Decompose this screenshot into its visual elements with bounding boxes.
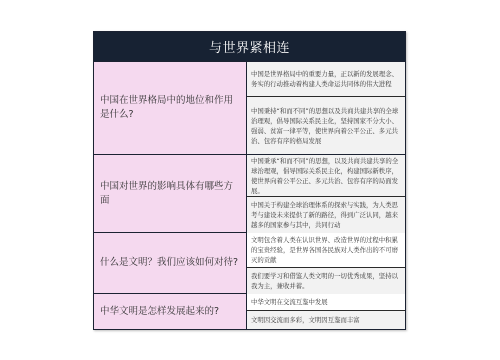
answers-column: 中华文明在交流互鉴中发展 文明因交流而多彩，文明因互鉴而丰富 — [247, 294, 405, 329]
answer-cell: 文明因交流而多彩，文明因互鉴而丰富 — [247, 311, 405, 329]
answer-cell: 中国秉承“和而不同”的思想，以及共商共建共享的全球治理观，倡导国际关系民主化，构… — [247, 155, 405, 197]
answers-column: 文明包含着人类在认识世界、改造世界的过程中积累的宝贵经验，是世界各国各民族对人类… — [247, 233, 405, 293]
table-row: 什么是文明？我们应该如何对待? 文明包含着人类在认识世界、改造世界的过程中积累的… — [94, 233, 405, 294]
table-row: 中国对世界的影响具体有哪些方面 中国秉承“和而不同”的思想，以及共商共建共享的全… — [94, 155, 405, 233]
answer-cell: 中国关于构建全球治理体系的探索与实践，为人类思考与建设未来提供了新的路径，得到广… — [247, 197, 405, 233]
answer-cell: 中国秉持“和而不同”的思想以及共商共建共享的全球治理观，倡导国际关系民主化，坚持… — [247, 97, 405, 154]
answer-cell: 中华文明在交流互鉴中发展 — [247, 294, 405, 311]
table-title: 与世界紧相连 — [94, 32, 405, 62]
answer-cell: 文明包含着人类在认识世界、改造世界的过程中积累的宝贵经验，是世界各国各民族对人类… — [247, 233, 405, 268]
answers-column: 中国是世界格局中的重要力量，正以新的发展理念、务实的行动推动着构建人类命运共同体… — [247, 62, 405, 154]
question-cell: 中国对世界的影响具体有哪些方面 — [94, 155, 247, 232]
question-cell: 中华文明是怎样发展起来的? — [94, 294, 247, 329]
table-row: 中国在世界格局中的地位和作用是什么? 中国是世界格局中的重要力量，正以新的发展理… — [94, 62, 405, 155]
answer-cell: 我们要学习和借鉴人类文明的一切优秀成果，坚持以我为主，兼收并蓄。 — [247, 268, 405, 294]
question-cell: 中国在世界格局中的地位和作用是什么? — [94, 62, 247, 154]
answers-column: 中国秉承“和而不同”的思想，以及共商共建共享的全球治理观，倡导国际关系民主化，构… — [247, 155, 405, 232]
table-row: 中华文明是怎样发展起来的? 中华文明在交流互鉴中发展 文明因交流而多彩，文明因互… — [94, 294, 405, 329]
topic-table: 与世界紧相连 中国在世界格局中的地位和作用是什么? 中国是世界格局中的重要力量，… — [93, 31, 406, 330]
answer-cell: 中国是世界格局中的重要力量，正以新的发展理念、务实的行动推动着构建人类命运共同体… — [247, 62, 405, 97]
question-cell: 什么是文明？我们应该如何对待? — [94, 233, 247, 293]
